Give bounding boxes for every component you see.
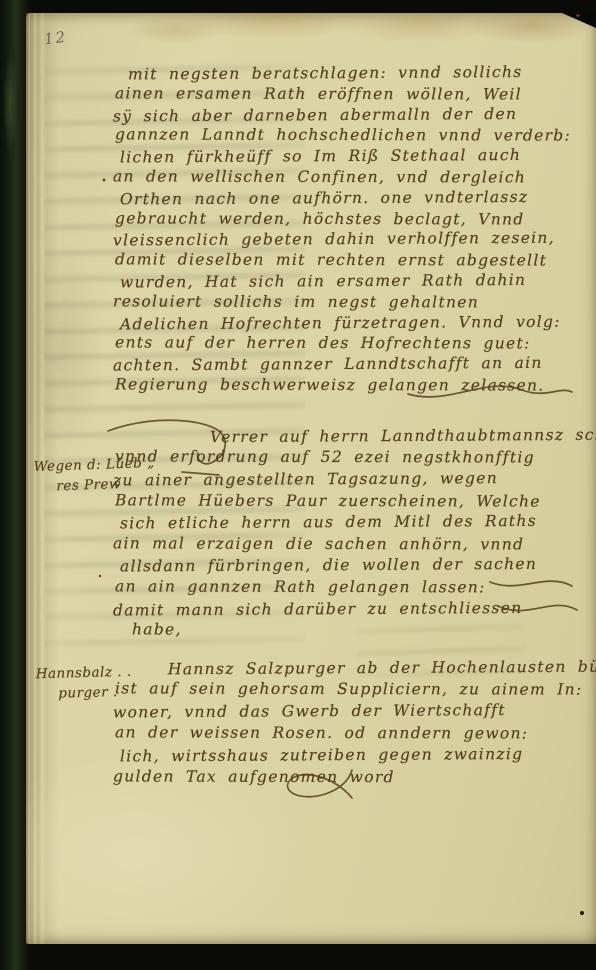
handwritten-line: habe, — [132, 619, 587, 642]
handwritten-line: ain mal erzaigen die sachen anhörn, vnnd — [113, 533, 587, 556]
paragraph-1: mit negsten beratschlagen: vnnd sollichs… — [115, 63, 587, 396]
handwritten-line: Adelichen Hofrechten fürzetragen. Vnnd v… — [120, 311, 587, 335]
handwritten-line: Bartlme Hüebers Paur zuerscheinen, Welch… — [115, 490, 587, 513]
handwritten-line: allsdann fürbringen, die wollen der sach… — [120, 554, 587, 578]
handwritten-line: ents auf der herren des Hofrechtens guet… — [115, 333, 587, 355]
handwritten-line: sÿ sich aber darneben abermalln der den — [113, 103, 587, 127]
handwritten-line: Verrer auf herrn Lanndthaubtmannsz schre… — [210, 425, 587, 449]
handwritten-line: Hannsz Salzpurger ab der Hochenlausten b… — [168, 656, 587, 680]
handwritten-line: gebraucht werden, höchstes beclagt, Vnnd — [115, 208, 587, 230]
paragraph-3: Hannsz Salzpurger ab der Hochenlausten b… — [115, 658, 587, 789]
handwritten-line: wurden, Hat sich ain ersamer Rath dahin — [120, 270, 587, 294]
paragraph-2: Verrer auf herrn Lanndthaubtmannsz schre… — [115, 426, 587, 642]
red-ink-speck — [576, 14, 580, 17]
handwritten-line: Orthen nach one aufhörn. one vndterlassz — [120, 186, 587, 210]
handwritten-line: lichen fürkheüff so Im Riß Stethaal auch — [120, 145, 587, 169]
handwritten-line: resoluiert sollichs im negst gehaltnen — [113, 291, 587, 313]
handwritten-line: an der weissen Rosen. od anndern gewon: — [115, 722, 587, 745]
spine-highlight — [2, 55, 18, 175]
handwritten-line: damit dieselben mit rechten ernst abgest… — [115, 250, 587, 272]
handwritten-line: mit negsten beratschlagen: vnnd sollichs — [128, 62, 587, 86]
handwritten-line: damit mann sich darüber zu entschliessen — [113, 597, 587, 621]
handwritten-line: vleissenclich gebeten dahin verholffen z… — [113, 228, 587, 252]
handwritten-line: an den wellischen Confinen, vnd dergleic… — [113, 166, 587, 188]
manuscript-photo: 12 Wegen d: Lüeb „res Prew Hannsbalz . .… — [0, 0, 596, 970]
handwritten-line: lich, wirtsshaus zutreiben gegen zwainzi… — [120, 743, 587, 768]
handwritten-line: ist auf sein gehorsam Suppliciern, zu ai… — [115, 679, 587, 702]
manuscript-page: 12 Wegen d: Lüeb „res Prew Hannsbalz . .… — [26, 13, 596, 944]
handwritten-line: achten. Sambt gannzer Lanndtschafft an a… — [113, 353, 587, 377]
handwritten-line: Regierung beschwerweisz gelangen zelasse… — [115, 374, 587, 396]
handwritten-line: gannzen Lanndt hochschedlichen vnnd verd… — [115, 125, 587, 147]
handwritten-line: woner, vnnd das Gwerb der Wiertschafft — [113, 700, 587, 725]
main-text: mit negsten beratschlagen: vnnd sollichs… — [115, 63, 587, 788]
page-number: 12 — [43, 28, 68, 49]
handwritten-line: gulden Tax aufgenomen word — [113, 766, 587, 789]
handwritten-line: vnnd erfordrung auf 52 ezei negstkhonfft… — [115, 447, 587, 470]
handwritten-line: sich etliche herrn aus dem Mitl des Rath… — [120, 511, 587, 535]
handwritten-line: an ain gannzen Rath gelangen lassen: — [115, 576, 587, 599]
handwritten-line: zu ainer angestellten Tagsazung, wegen — [113, 467, 587, 491]
handwritten-line: ainen ersamen Rath eröffnen wöllen, Weil — [115, 83, 587, 105]
